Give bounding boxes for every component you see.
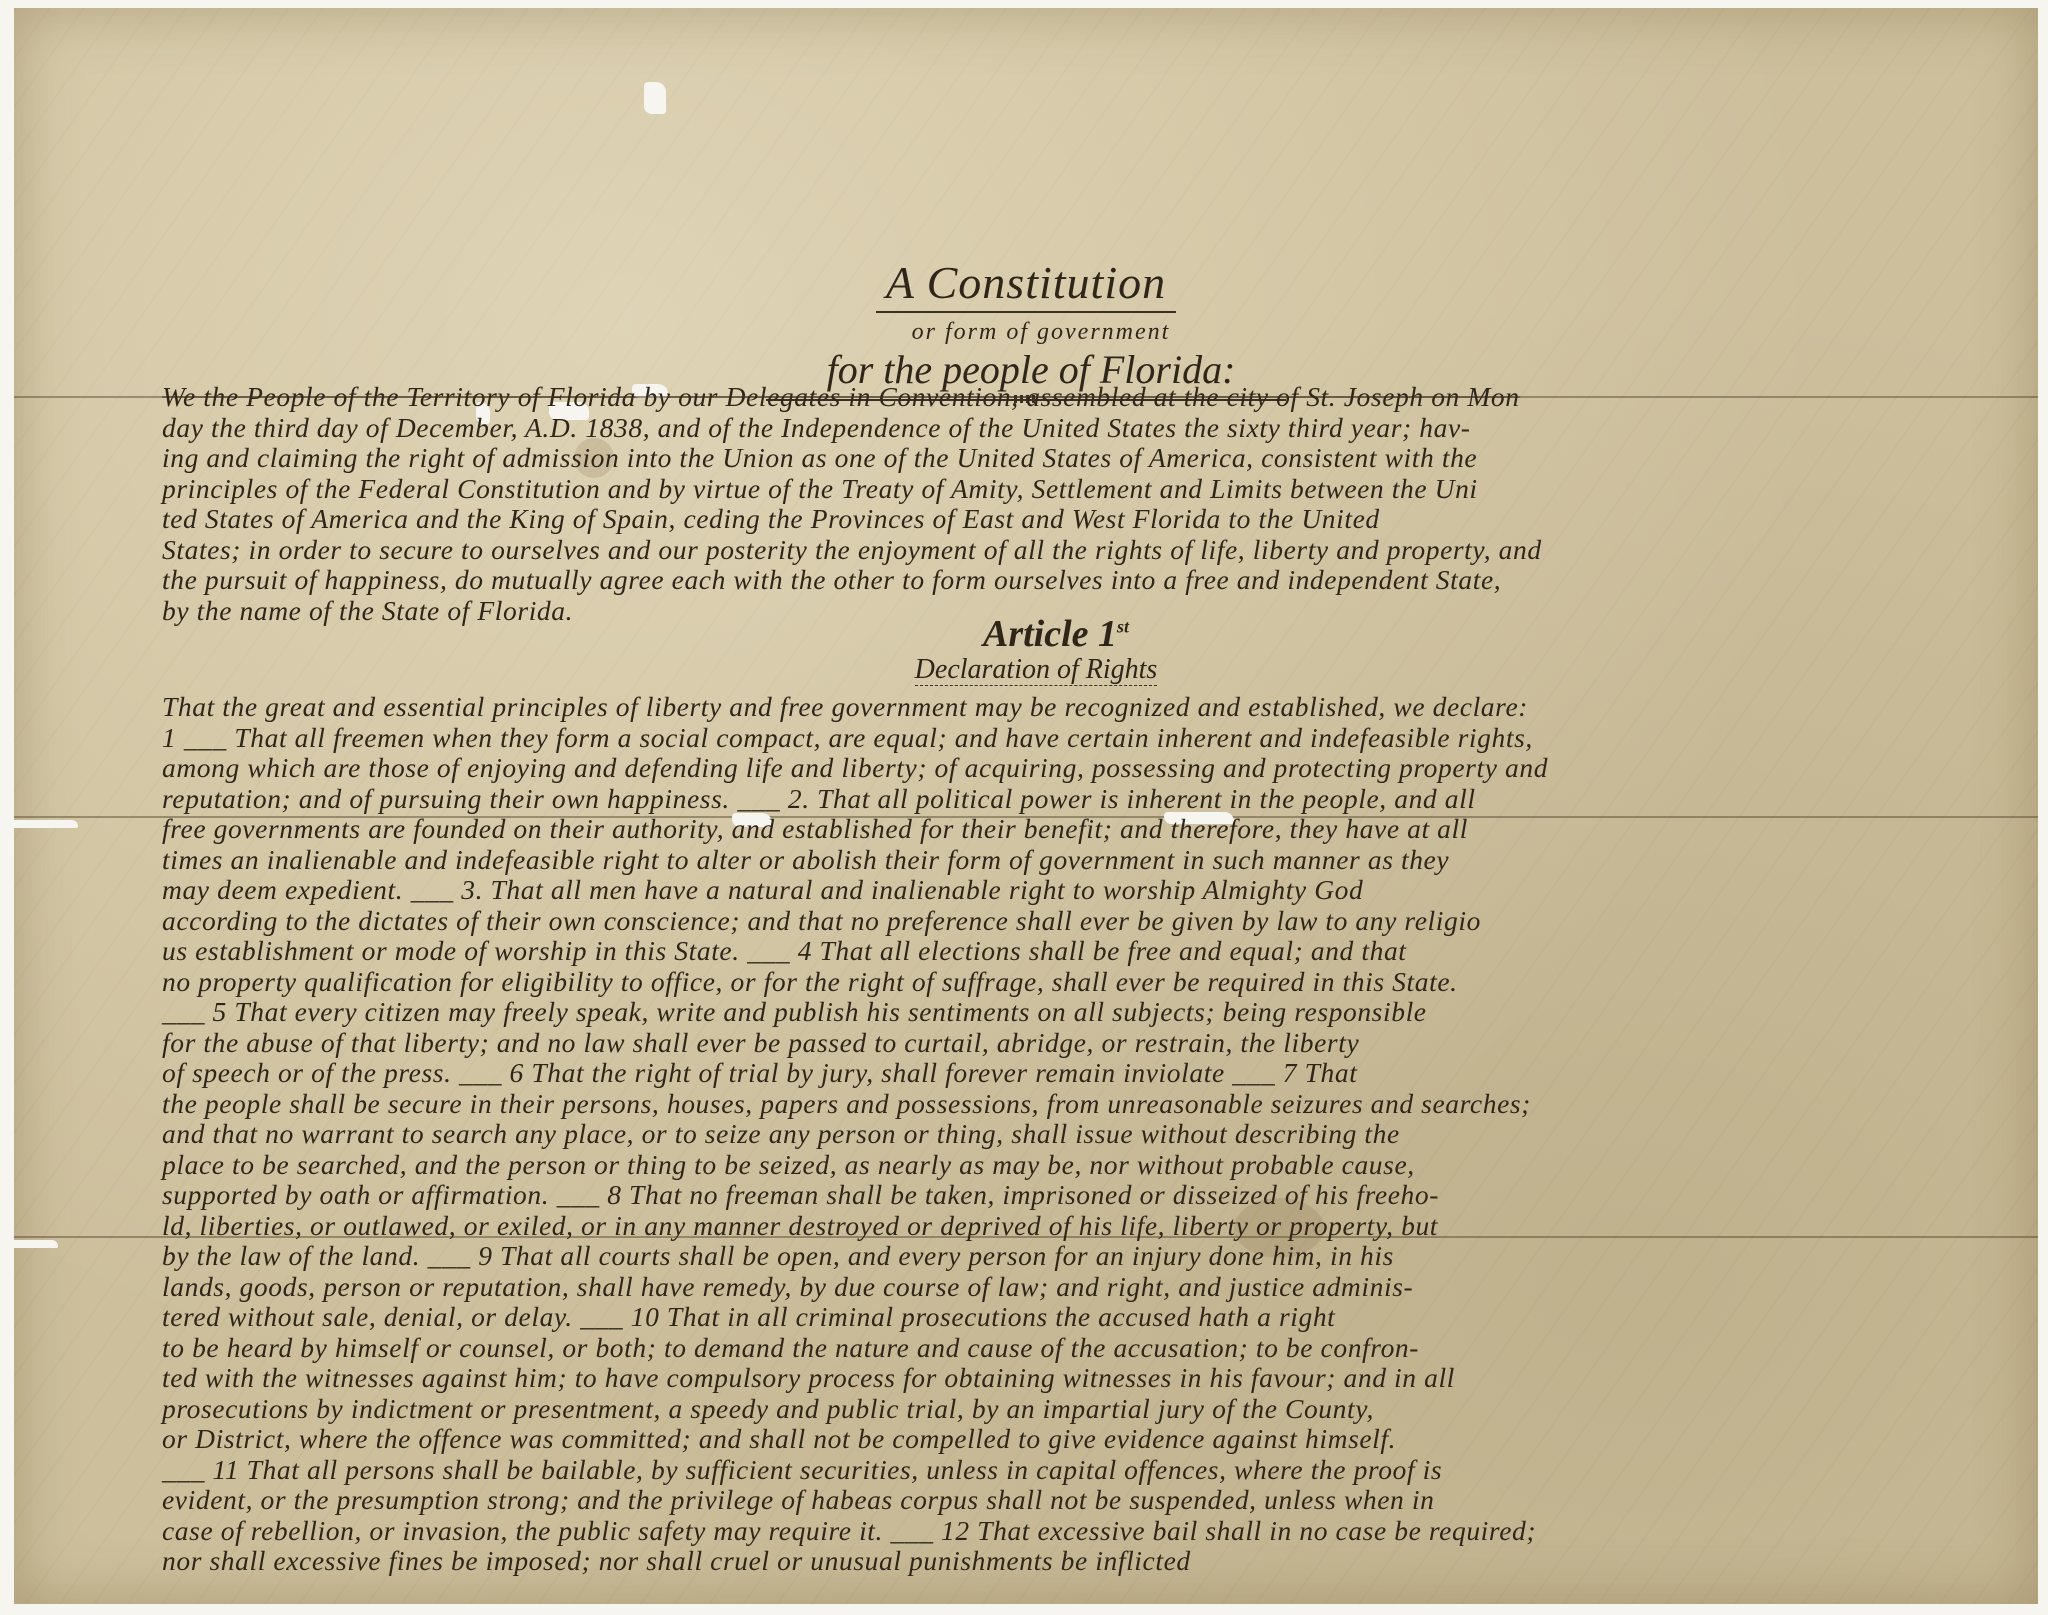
rights-line: place to be searched, and the person or … bbox=[162, 1150, 1922, 1181]
rights-line: ted with the witnesses against him; to h… bbox=[162, 1363, 1922, 1394]
preamble-line: the pursuit of happiness, do mutually ag… bbox=[162, 565, 1922, 596]
paper-tear-left bbox=[8, 820, 78, 828]
rights-line: the people shall be secure in their pers… bbox=[162, 1089, 1922, 1120]
rights-line: by the law of the land. ___ 9 That all c… bbox=[162, 1241, 1922, 1272]
preamble: We the People of the Territory of Florid… bbox=[162, 382, 1922, 626]
rights-line: or District, where the offence was commi… bbox=[162, 1424, 1922, 1455]
rights-line: prosecutions by indictment or presentmen… bbox=[162, 1394, 1922, 1425]
rights-line: of speech or of the press. ___ 6 That th… bbox=[162, 1058, 1922, 1089]
preamble-line: We the People of the Territory of Florid… bbox=[162, 382, 1922, 413]
rights-line: and that no warrant to search any place,… bbox=[162, 1119, 1922, 1150]
preamble-line: States; in order to secure to ourselves … bbox=[162, 535, 1922, 566]
rights-line: ___ 11 That all persons shall be bailabl… bbox=[162, 1455, 1922, 1486]
declaration-of-rights: That the great and essential principles … bbox=[162, 692, 1922, 1577]
preamble-line: principles of the Federal Constitution a… bbox=[162, 474, 1922, 505]
preamble-line: ted States of America and the King of Sp… bbox=[162, 504, 1922, 535]
article-title-suffix: st bbox=[1117, 616, 1129, 636]
document-subtitle-line1: or form of government bbox=[14, 319, 2038, 346]
rights-line: times an inalienable and indefeasible ri… bbox=[162, 845, 1922, 876]
rights-line: ___ 5 That every citizen may freely spea… bbox=[162, 997, 1922, 1028]
rights-line: case of rebellion, or invasion, the publ… bbox=[162, 1516, 1922, 1547]
rights-line: free governments are founded on their au… bbox=[162, 814, 1922, 845]
rights-line: That the great and essential principles … bbox=[162, 692, 1922, 723]
rights-line: for the abuse of that liberty; and no la… bbox=[162, 1028, 1922, 1059]
rights-line: us establishment or mode of worship in t… bbox=[162, 936, 1922, 967]
rights-line: no property qualification for eligibilit… bbox=[162, 967, 1922, 998]
rights-line: may deem expedient. ___ 3. That all men … bbox=[162, 875, 1922, 906]
rights-line: tered without sale, denial, or delay. __… bbox=[162, 1302, 1922, 1333]
rights-line: to be heard by himself or counsel, or bo… bbox=[162, 1333, 1922, 1364]
article-title: Article 1st bbox=[923, 612, 1129, 656]
title-block: A Constitution or form of government for… bbox=[14, 256, 2038, 401]
rights-line: ld, liberties, or outlawed, or exiled, o… bbox=[162, 1211, 1922, 1242]
rights-line: according to the dictates of their own c… bbox=[162, 906, 1922, 937]
rights-line: reputation; and of pursuing their own ha… bbox=[162, 784, 1922, 815]
rights-line: evident, or the presumption strong; and … bbox=[162, 1485, 1922, 1516]
rights-line: among which are those of enjoying and de… bbox=[162, 753, 1922, 784]
rights-line: nor shall excessive fines be imposed; no… bbox=[162, 1546, 1922, 1577]
manuscript-page: A Constitution or form of government for… bbox=[14, 8, 2038, 1604]
paper-tear-left bbox=[8, 1240, 58, 1248]
article-subtitle-text: Declaration of Rights bbox=[915, 654, 1158, 686]
preamble-line: ing and claiming the right of admission … bbox=[162, 443, 1922, 474]
article-subtitle: Declaration of Rights bbox=[14, 654, 2038, 686]
rights-line: lands, goods, person or reputation, shal… bbox=[162, 1272, 1922, 1303]
article-title-text: Article 1 bbox=[983, 613, 1117, 655]
document-title: A Constitution bbox=[876, 256, 1176, 313]
rights-line: supported by oath or affirmation. ___ 8 … bbox=[162, 1180, 1922, 1211]
preamble-line: day the third day of December, A.D. 1838… bbox=[162, 413, 1922, 444]
article-heading-block: Article 1st Declaration of Rights bbox=[14, 612, 2038, 686]
paper-hole bbox=[644, 82, 666, 114]
rights-line: 1 ___ That all freemen when they form a … bbox=[162, 723, 1922, 754]
